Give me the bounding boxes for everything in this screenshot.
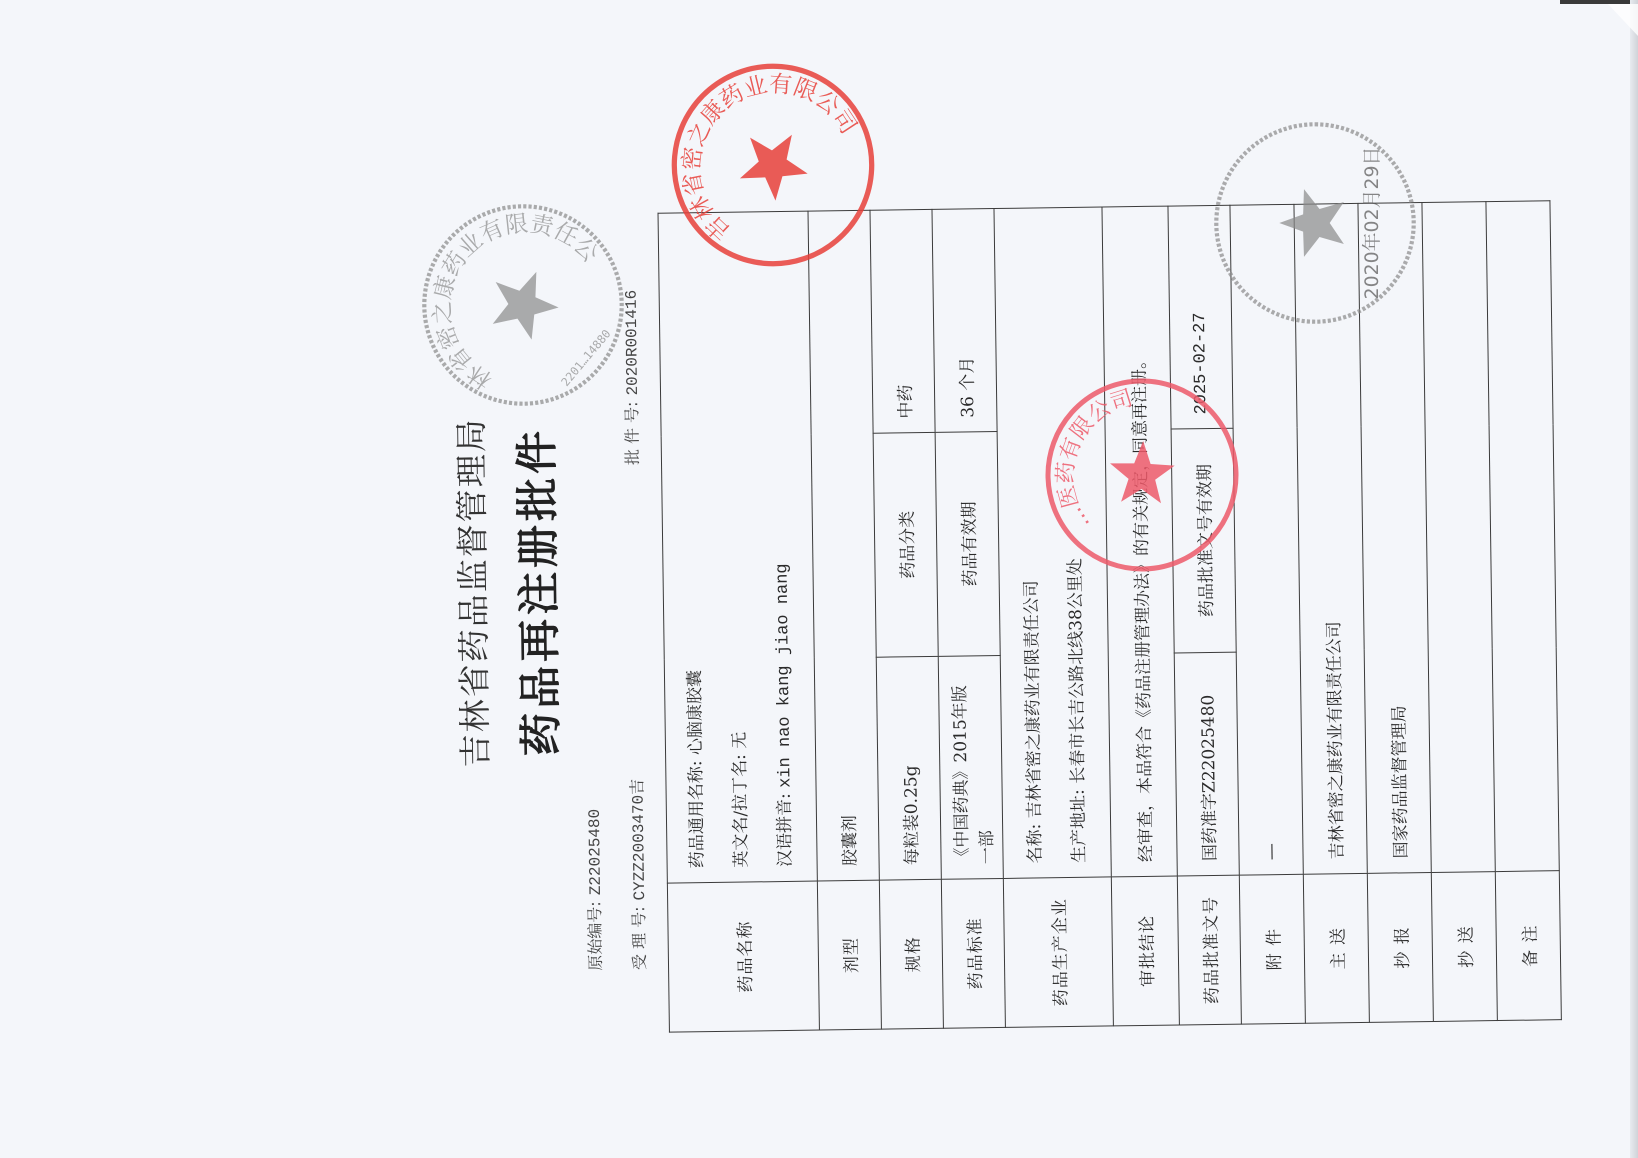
scan-edge: [1560, 0, 1638, 4]
manufacturer-seal-red: 吉林省密之康药业有限公司: [668, 60, 878, 270]
row-remarks: 备 注: [1486, 201, 1561, 1021]
row-cc-send: 抄 送: [1422, 202, 1497, 1022]
value-validity: 36 个月: [932, 209, 997, 433]
label-standard: 药品标准: [941, 878, 1005, 1028]
label-drug-name: 药品名称: [667, 881, 819, 1032]
acceptance-number: 受 理 号:CYZZ2003470吉: [624, 779, 650, 971]
row-dosage-form: 剂型 胶囊剂: [808, 210, 881, 1030]
label-main-recipient: 主 送: [1303, 873, 1369, 1023]
svg-text:2020年02月29日: 2020年02月29日: [1361, 147, 1383, 300]
value-dosage-form: 胶囊剂: [808, 210, 879, 881]
value-standard: 《中国药典》2015年版一部: [938, 655, 1003, 879]
label-cc-send: 抄 送: [1431, 872, 1497, 1022]
label-approval-number: 药品批准文号: [1177, 875, 1241, 1025]
label-dosage-form: 剂型: [817, 880, 881, 1030]
label-cc-report: 抄 报: [1367, 872, 1433, 1022]
manufacturer-seal-gray: 吉林省密之康药业有限责任公司2201…14880: [418, 200, 628, 410]
label-drug-category: 药品分类: [873, 433, 938, 657]
label-conclusion: 审批结论: [1111, 876, 1179, 1026]
label-validity: 药品有效期: [935, 432, 1000, 656]
label-attachment: 附 件: [1239, 874, 1305, 1024]
value-remarks: [1486, 201, 1559, 872]
cell-drug-name: 药品通用名称: 心脑康胶囊 英文名/拉丁名: 无 汉语拼音: xin nao k…: [658, 211, 817, 883]
distributor-seal-red: …医药有限公司: [1042, 375, 1242, 575]
value-specification: 每粒装0.25g: [876, 656, 941, 880]
row-standard: 药品标准 《中国药典》2015年版一部 药品有效期 36 个月: [932, 209, 1005, 1029]
scan-edge: [1630, 0, 1638, 1158]
value-approval-number: 国药准字Z22025480: [1174, 652, 1239, 876]
row-manufacturer: 药品生产企业 名称: 吉林省密之康药业有限责任公司 生产地址: 长春市长吉公路北…: [994, 207, 1113, 1027]
row-specification: 规格 每粒装0.25g 药品分类 中药: [870, 209, 943, 1029]
bureau-date-seal: 2020年02月29日: [1210, 118, 1420, 328]
row-conclusion: 审批结论 经审查，本品符合《药品注册管理办法》的有关规定，同意再注册。: [1102, 206, 1179, 1026]
label-specification: 规格: [879, 879, 943, 1029]
row-approval-number: 药品批准文号 国药准字Z22025480 药品批准文号有效期 2025-02-2…: [1168, 205, 1241, 1025]
original-number: 原始编号:Z22025480: [581, 809, 606, 971]
value-cc-send: [1422, 202, 1495, 873]
value-drug-category: 中药: [870, 209, 935, 433]
label-manufacturer: 药品生产企业: [1003, 877, 1113, 1027]
pinyin-name: 汉语拼音: xin nao kang jiao nang: [754, 226, 809, 868]
row-drug-name: 药品名称 药品通用名称: 心脑康胶囊 英文名/拉丁名: 无 汉语拼音: xin …: [658, 211, 819, 1032]
approval-form-table: 药品名称 药品通用名称: 心脑康胶囊 英文名/拉丁名: 无 汉语拼音: xin …: [658, 200, 1562, 1032]
label-remarks: 备 注: [1495, 871, 1561, 1021]
